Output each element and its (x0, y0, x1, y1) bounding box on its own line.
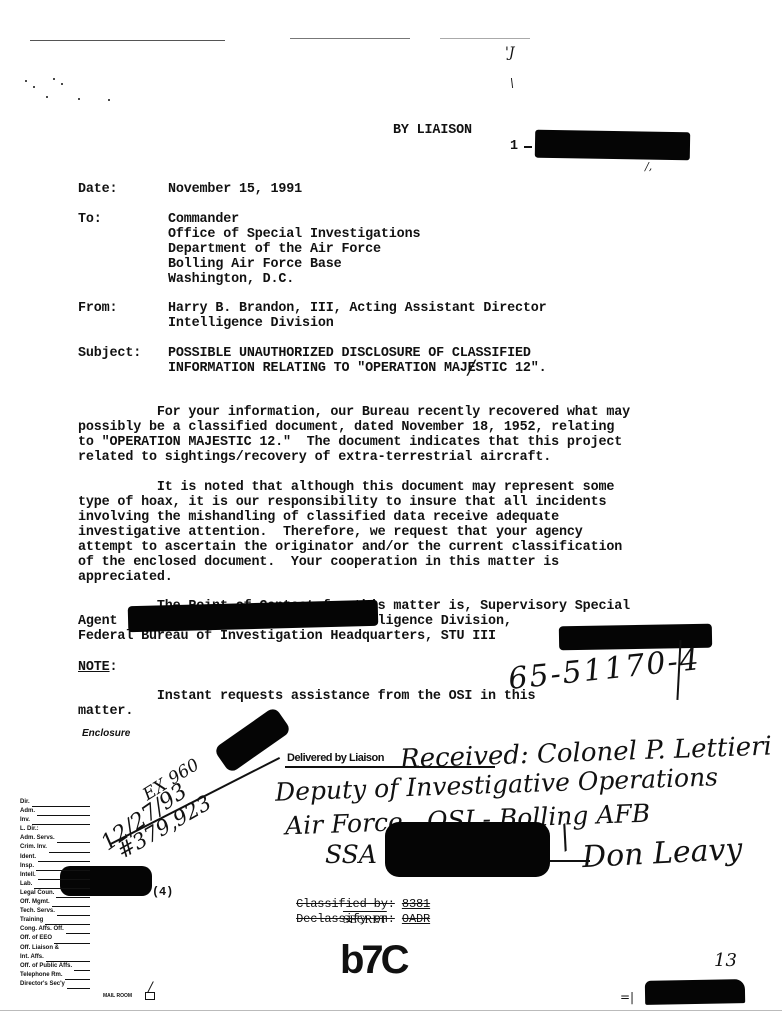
routing-entry: Crim. Inv. (20, 843, 90, 852)
routing-entry: Off. of EEO (20, 934, 90, 943)
scan-speck (33, 86, 35, 88)
routing-entry: Off. Mgmt. (20, 898, 90, 907)
paragraph-line: For your information, our Bureau recentl… (78, 405, 630, 420)
handwritten-page-number: 13 (714, 950, 737, 971)
paragraph-information: For your information, our Bureau recentl… (78, 405, 630, 465)
subject-label: Subject: (78, 346, 141, 361)
scan-speck (108, 99, 110, 101)
redaction-bottom-right (645, 979, 745, 1005)
scan-artifact-line (30, 40, 225, 41)
date-label: Date: (78, 182, 117, 197)
handwritten-signature: Don Leavy (581, 832, 743, 875)
to-line: Washington, D.C. (168, 272, 420, 287)
note-line: Instant requests assistance from the OSI… (78, 689, 535, 704)
scan-mark: 'J (505, 45, 514, 61)
routing-entry: Adm. Servs. (20, 834, 90, 843)
routing-entry: Adm. (20, 807, 90, 816)
handwritten-file-number: 65-51170-4 (507, 642, 703, 697)
routing-entry: Int. Affs. (20, 953, 90, 962)
scan-mark: \ (510, 76, 514, 90)
routing-entry: Off. Liaison & (20, 944, 90, 953)
redaction-block (535, 130, 690, 161)
scan-artifact-line (0, 1010, 782, 1011)
routing-entry: Legal Coun. (20, 889, 90, 898)
routing-entry: Inv. (20, 816, 90, 825)
from-lines: Harry B. Brandon, III, Acting Assistant … (168, 301, 547, 331)
subject-line: POSSIBLE UNAUTHORIZED DISCLOSURE OF CLAS… (168, 346, 547, 361)
from-label: From: (78, 301, 117, 316)
handwritten-check-mark: / (468, 355, 475, 379)
paragraph-line: type of hoax, it is our responsibility t… (78, 495, 622, 510)
paragraph-line: involving the mishandling of classified … (78, 510, 622, 525)
note-label: NOTE: (78, 660, 117, 675)
to-line: Department of the Air Force (168, 242, 420, 257)
date-value: November 15, 1991 (168, 182, 302, 197)
from-line: Intelligence Division (168, 316, 547, 331)
routing-entry: L. Dir.: (20, 825, 90, 834)
page-marker: 1 (510, 139, 518, 154)
paragraph-line: possibly be a classified document, dated… (78, 420, 630, 435)
paragraph-line: to "OPERATION MAJESTIC 12." The document… (78, 435, 630, 450)
scan-speck (25, 80, 27, 82)
to-label: To: (78, 212, 102, 227)
handwritten-recipient-line: SSA (325, 840, 377, 869)
classification-secret: SECRET (343, 912, 387, 927)
routing-entry: Director's Sec'y (20, 980, 90, 989)
dash-mark (524, 146, 532, 148)
routing-entry: Cong. Affs. Off. (20, 925, 90, 934)
paragraph-line: related to sightings/recovery of extra-t… (78, 450, 630, 465)
paragraph-line: of the enclosed document. Your cooperati… (78, 555, 622, 570)
to-line: Office of Special Investigations (168, 227, 420, 242)
note-text: Instant requests assistance from the OSI… (78, 689, 535, 719)
redaction-ssa-name (385, 822, 550, 877)
from-line: Harry B. Brandon, III, Acting Assistant … (168, 301, 547, 316)
routing-entry: Insp. (20, 862, 90, 871)
paragraph-line: attempt to ascertain the originator and/… (78, 540, 622, 555)
scan-speck (53, 78, 55, 80)
scan-speck (78, 98, 80, 100)
to-lines: Commander Office of Special Investigatio… (168, 212, 420, 287)
paragraph-line: appreciated. (78, 570, 622, 585)
to-line: Bolling Air Force Base (168, 257, 420, 272)
enclosure-label: Enclosure (82, 728, 130, 739)
subject-line: INFORMATION RELATING TO "OPERATION MAJES… (168, 361, 547, 376)
scan-mark: =| (620, 990, 634, 1004)
delivery-method: BY LIAISON (393, 123, 472, 138)
exemption-marking: b7C (340, 938, 407, 982)
count-marker: (4) (152, 885, 173, 900)
delivered-by-liaison-stamp: Delivered by Liaison (287, 752, 384, 764)
routing-entry: Training (20, 916, 90, 925)
scan-artifact-line (290, 38, 410, 39)
paragraph-request: It is noted that although this document … (78, 480, 622, 585)
paragraph-line: It is noted that although this document … (78, 480, 622, 495)
to-line: Commander (168, 212, 420, 227)
note-line: matter. (78, 704, 535, 719)
scan-speck (61, 83, 63, 85)
routing-entry: Off. of Public Affs. (20, 962, 90, 971)
routing-entry: Dir. (20, 798, 90, 807)
paragraph-line: investigative attention. Therefore, we r… (78, 525, 622, 540)
routing-slip: Dir. Adm. Inv. L. Dir.: Adm. Servs. Crim… (20, 798, 90, 989)
scan-mark: /, (645, 160, 652, 173)
routing-entry: Tech. Servs. (20, 907, 90, 916)
subject-lines: POSSIBLE UNAUTHORIZED DISCLOSURE OF CLAS… (168, 346, 547, 376)
scan-artifact-line (440, 38, 530, 39)
scan-speck (46, 96, 48, 98)
mail-room-label: MAIL ROOM (103, 993, 132, 999)
routing-entry: Intell. (20, 871, 90, 880)
check-mark-icon: / (148, 980, 153, 996)
routing-entry: Telephone Rm. (20, 971, 90, 980)
routing-entry: Lab. (20, 880, 90, 889)
routing-entry: Ident. (20, 853, 90, 862)
